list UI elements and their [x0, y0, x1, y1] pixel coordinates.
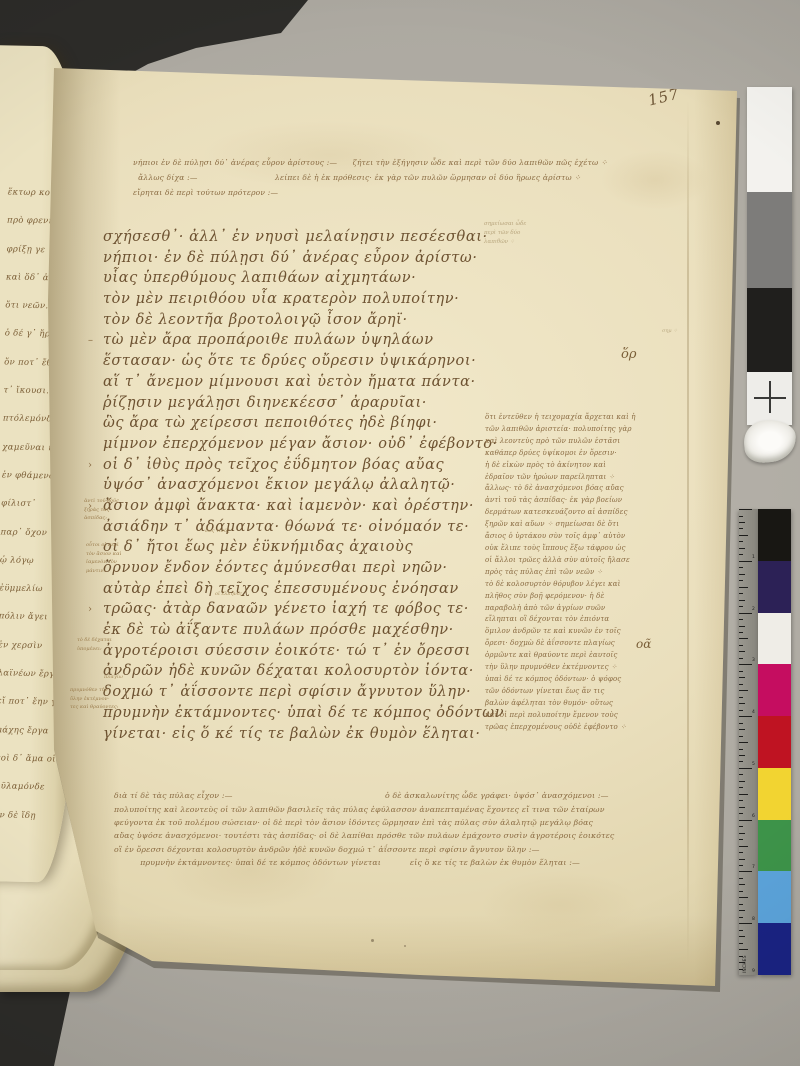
scholia-bottom-block: διὰ τί δὲ τὰς πύλας εἶχον :— ὁ δὲ ἀσκαλω…: [114, 749, 659, 870]
margin-gloss-4: πρυμνόθεν τὴν ὕλην ἐκτέμνον- τες καὶ θρα…: [70, 686, 128, 712]
ruler-tick: [739, 703, 745, 704]
diple-mark: ›: [88, 460, 103, 471]
verse-line: ἕστασαν· ὡς ὅτε τε δρύες οὔρεσιν ὑψικάρη…: [88, 350, 568, 371]
scholia-right-line: ἡ δὲ εἰκὼν πρὸς τὸ ἀκίνητον καὶ: [485, 460, 647, 472]
ruler-tick: [739, 859, 745, 860]
ruler-tick: [739, 936, 745, 937]
ruler-tick: [739, 956, 743, 957]
manuscript-page: 157 νήπιοι ἐν δὲ πύλῃσι δύ᾽ ἀνέρας εὗρον…: [0, 0, 800, 1066]
verse-text: νήπιοι· ἐν δὲ πύλῃσι δύ᾽ ἀνέρας εὗρον ἀρ…: [103, 250, 478, 266]
scholia-right-block: ὅτι ἐντεῦθεν ἡ τειχομαχία ἄρχεται καὶ ἡτ…: [485, 412, 647, 733]
scholia-right-line: ἑδραῖον τῶν ἡρώων παρείληπται ⁘: [485, 472, 647, 484]
verse-text: οἱ δ᾽ ἤτοι ἕως μὲν ἐϋκνήμιδας ἀχαιοὺς: [103, 539, 413, 555]
inch-ruler: INCHES 123456789: [739, 509, 758, 975]
ruler-tick: [739, 910, 745, 911]
ruler-tick: [739, 613, 752, 614]
margin-gloss-3: τὸ δὲ δέχαται ὑπομένει:: [77, 636, 127, 653]
scholia-right-line: ἄσιος ὁ ὑρτάκου σὺν τοῖς ἀμφ᾽ αὐτὸν: [485, 531, 647, 543]
ruler-tick: [739, 729, 745, 730]
scholia-right-line: ἄλλως· τὸ δὲ ἀνασχόμενοι βόας αὔας: [485, 483, 647, 495]
ruler-tick: [739, 826, 743, 827]
verse-line: –τὼ μὲν ἄρα προπάροιθε πυλάων ὑψηλάων: [88, 329, 568, 350]
grayscale-patch-black: [747, 288, 792, 372]
ruler-tick: [739, 930, 743, 931]
facing-page-text-line: ἐν χερσὶν: [0, 640, 60, 670]
grayscale-patch-white: [747, 87, 792, 192]
ruler-number: 6: [752, 814, 755, 819]
scholia-right-line: οὐκ ἔλιπε τοὺς ἵππους ἔξω τάφρου ὡς: [485, 543, 647, 555]
margin-gloss-1: ἀντὶ τοῦ βοῦς ξηρὰς τὰς ἀσπίδας:: [84, 497, 130, 523]
verse-line: αἵ τ᾽ ἄνεμον μίμνουσι καὶ ὑετὸν ἤματα πά…: [88, 371, 568, 392]
ruler-tick: [739, 774, 743, 775]
calibration-color-strip: [758, 509, 791, 975]
verse-text: τὸν μὲν πειριθόου υἷα κρατερὸν πολυποίτη…: [103, 291, 459, 307]
ruler-number: 1: [752, 555, 755, 560]
ruler-tick: [739, 723, 743, 724]
color-patch: [758, 613, 791, 665]
marginal-sign-upper: ὅρ: [621, 347, 636, 362]
ruler-tick: [739, 658, 743, 659]
ruler-tick: [739, 865, 743, 866]
verse-text: αὐτὰρ ἐπεὶ δὴ τεῖχος ἐπεσσυμένους ἐνόησα…: [103, 581, 459, 597]
scholia-right-line: ὑπαὶ δέ τε κόμπος ὀδόντων· ὁ ψόφος: [485, 674, 647, 686]
ruler-tick: [739, 516, 743, 517]
verse-text: ὑψόσ᾽ ἀνασχόμενοι ἔκιον μεγάλῳ ἀλαλητῷ·: [103, 477, 455, 493]
scholia-right-line: καθάπερ δρύες ὑψίκομοι ἐν ὄρεσιν·: [485, 448, 647, 460]
facing-page-text-line: εἴ ποτ᾽ ἔην γε: [0, 697, 59, 727]
ruler-number: 8: [752, 917, 755, 922]
ruler-number: 5: [752, 762, 755, 767]
ruler-tick: [739, 884, 745, 885]
color-patch: [758, 768, 791, 820]
grayscale-patch-gray: [747, 192, 792, 288]
scholia-top-block: νήπιοι ἐν δὲ πύλῃσι δύ᾽ ἀνέρας εὗρον ἀρί…: [133, 112, 703, 201]
facing-page-text-line: λαϊνέων ἔργα: [0, 668, 60, 698]
ruler-tick: [739, 690, 748, 691]
ruler-tick: [739, 619, 743, 620]
verse-text: τρῶας· ἀτὰρ δαναῶν γένετο ἰαχή τε φόβος …: [103, 601, 469, 617]
verse-text: δοχμώ τ᾽ ἀΐσσοντε περὶ σφίσιν ἄγνυτον ὕλ…: [103, 684, 471, 700]
ruler-tick: [739, 606, 743, 607]
verse-text: υἷας ὑπερθύμους λαπιθάων αἰχμητάων·: [103, 270, 416, 286]
verse-text: ἀγροτέροισι σύεσσιν ἐοικότε· τώ τ᾽ ἐν ὄρ…: [103, 643, 471, 659]
ruler-tick: [739, 736, 743, 737]
ruler-tick: [739, 600, 745, 601]
ruler-number: 9: [752, 969, 755, 974]
ruler-tick: [739, 567, 743, 568]
verse-text: τὸν δὲ λεοντῆα βροτολοιγῷ ἶσον ἄρηϊ·: [103, 312, 408, 328]
scholia-top-line: εἴρηται δὲ περὶ τούτων πρότερον :—: [133, 186, 703, 201]
ruler-tick: [739, 684, 743, 685]
ink-spot: [404, 945, 406, 947]
verse-text: ὣς ἄρα τὼ χείρεσσι πεποιθότες ἠδὲ βίηφι·: [103, 415, 438, 431]
color-patch: [758, 820, 791, 872]
ruler-tick: [739, 742, 748, 743]
ruler-number: 7: [752, 865, 755, 870]
scholia-bottom-line: αὔας ὑψόσε ἀνασχόμενοι· τουτέστι τὰς ἀσπ…: [114, 829, 659, 842]
ruler-tick: [739, 528, 743, 529]
ruler-tick: [739, 716, 752, 717]
verse-text: αἵ τ᾽ ἄνεμον μίμνουσι καὶ ὑετὸν ἤματα πά…: [103, 374, 476, 390]
calibration-grayscale-strip: [747, 87, 792, 425]
ruler-tick: [739, 846, 748, 847]
scholia-bottom-line: πρυμνὴν ἐκτάμνοντες· ὑπαὶ δέ τε κόμπος ὀ…: [114, 856, 659, 869]
ruler-tick: [739, 962, 745, 963]
scholia-bottom-line: διὰ τί δὲ τὰς πύλας εἶχον :— ὁ δὲ ἀσκαλω…: [114, 789, 659, 802]
color-patch: [758, 664, 791, 716]
folio-number: 157: [646, 84, 681, 109]
color-patch: [758, 509, 791, 561]
ruler-tick: [739, 535, 748, 536]
verse-text: πρυμνὴν ἐκτάμνοντες· ὑπαὶ δέ τε κόμπος ὀ…: [103, 705, 504, 721]
scholia-right-line: οἱ ἄλλοι τρῶες ἀλλὰ σὺν αὐτοῖς ἤλασε: [485, 555, 647, 567]
manuscript-photo: { "manuscript": { "folio_number": "157",…: [0, 0, 800, 1066]
ruler-number: 3: [752, 658, 755, 663]
scholia-right-line: εἴληπται οἳ δέχονται τὸν ἐπιόντα: [485, 614, 647, 626]
scholia-right-line: ὅτι ἐντεῦθεν ἡ τειχομαχία ἄρχεται καὶ ἡ: [485, 412, 647, 424]
color-patch: [758, 871, 791, 923]
interlinear-gloss-1: ἕως τινός: [205, 528, 230, 534]
scholia-right-line: παραβολὴ ἀπὸ τῶν ἀγρίων συῶν: [485, 603, 647, 615]
ink-spot: [371, 939, 374, 942]
diple-mark: ›: [88, 604, 103, 615]
faint-margin-note: σημείωσαι ὧδε περὶ τῶν δύο λαπιθῶν ⁘: [484, 220, 526, 246]
verse-line: τὸν μὲν πειριθόου υἷα κρατερὸν πολυποίτη…: [88, 288, 568, 309]
ruler-tick: [739, 697, 743, 698]
verse-text: ἀσιάδην τ᾽ ἀδάμαντα· θόωνά τε· οἰνόμαόν …: [103, 519, 469, 535]
scholia-right-line: πρὸς τὰς πύλας ἐπὶ τῶν νεῶν ⁘: [485, 567, 647, 579]
verse-text: οἱ δ᾽ ἰθὺς πρὸς τεῖχος ἐΰδμητον βόας αὔα…: [103, 457, 444, 473]
ruler-tick: [739, 820, 752, 821]
ruler-tick: [739, 969, 743, 970]
verse-text: γίνεται· εἰς ὅ κέ τίς τε βαλὼν ἐκ θυμὸν …: [103, 726, 481, 742]
verse-line: τὸν δὲ λεοντῆα βροτολοιγῷ ἶσον ἄρηϊ·: [88, 309, 568, 330]
ruler-tick: [739, 651, 745, 652]
ruler-tick: [739, 587, 748, 588]
ruler-tick: [739, 807, 745, 808]
color-patch: [758, 716, 791, 768]
color-patch: [758, 923, 791, 975]
scholia-right-line: πλῆθος σὺν βοῇ φερόμενον· ἡ δὲ: [485, 591, 647, 603]
ruler-tick: [739, 580, 743, 581]
facing-page-text-line: ἐν δὲ ἴδῃ: [0, 810, 57, 840]
ruler-tick: [739, 768, 752, 769]
scholia-bottom-line: πολυποίτης καὶ λεοντεὺς οἱ τῶν λαπιθῶν β…: [114, 803, 659, 816]
ruler-tick: [739, 897, 748, 898]
ruler-number: 2: [752, 607, 755, 612]
scholia-right-line: ξηρῶν καὶ αὔων ⁘ σημείωσαι δὲ ὅτι: [485, 519, 647, 531]
ruler-tick: [739, 755, 745, 756]
ruler-tick: [739, 671, 743, 672]
ruler-tick: [739, 710, 743, 711]
verse-text: ὄρνυον ἔνδον ἐόντες ἀμύνεσθαι περὶ νηῶν·: [103, 560, 448, 576]
scholia-right-line: ἀντὶ τοῦ τὰς ἀσπίδας· ἐκ γὰρ βοείων: [485, 495, 647, 507]
scholia-right-line: τρῶας ἐπερχομένους οὐδὲ ἐφέβοντο ⁘: [485, 722, 647, 734]
verse-text: ἕστασαν· ὡς ὅτε τε δρύες οὔρεσιν ὑψικάρη…: [103, 353, 476, 369]
ruler-tick: [739, 871, 752, 872]
ruler-tick: [739, 852, 743, 853]
ruler-tick: [739, 554, 743, 555]
scholia-right-line: τὸ δὲ κολοσυρτὸν θόρυβον λέγει καὶ: [485, 579, 647, 591]
verse-text: ἀνδρῶν ἠδὲ κυνῶν δέχαται κολοσυρτὸν ἰόντ…: [103, 663, 474, 679]
facing-page-text-line: πόλιν ἄγει: [0, 612, 61, 642]
verse-line: νήπιοι· ἐν δὲ πύλῃσι δύ᾽ ἀνέρας εὗρον ἀρ…: [88, 247, 568, 268]
ruler-tick: [739, 781, 745, 782]
faint-margin-mark: σημ ⁘: [662, 328, 677, 334]
verse-text: ἐκ δὲ τὼ ἀΐξαντε πυλάων πρόσθε μαχέσθην·: [103, 622, 454, 638]
ruler-tick: [739, 878, 743, 879]
ruler-tick: [739, 541, 743, 542]
interlinear-gloss-2: οἱ ἕλληνες: [215, 591, 242, 597]
facing-page-text-line: ὀϋλαμόνδε: [0, 781, 57, 811]
scholia-right-line: ὅμιλον ἀνδρῶν τε καὶ κυνῶν ἐν τοῖς: [485, 626, 647, 638]
scholia-top-line: νήπιοι ἐν δὲ πύλῃσι δύ᾽ ἀνέρας εὗρον ἀρί…: [133, 156, 703, 171]
scholia-right-line: τῶν λαπιθῶν ἀριστεία· πολυποίτης γὰρ: [485, 424, 647, 436]
verse-line: υἷας ὑπερθύμους λαπιθάων αἰχμητάων·: [88, 267, 568, 288]
verse-text: μίμνον ἐπερχόμενον μέγαν ἄσιον· οὐδ᾽ ἐφέ…: [103, 436, 498, 452]
scholia-bottom-line: οἳ ἐν ὄρεσσι δέχονται κολοσυρτὸν ἀνδρῶν …: [114, 843, 659, 856]
ruler-tick: [739, 943, 743, 944]
scholia-right-line: καὶ λεοντεὺς πρὸ τῶν πυλῶν ἑστᾶσι: [485, 436, 647, 448]
ruler-tick: [739, 574, 745, 575]
ruler-tick: [739, 923, 752, 924]
ruler-tick: [739, 677, 745, 678]
scholia-right-line: καὶ οἱ περὶ πολυποίτην ἔμενον τοὺς: [485, 710, 647, 722]
ruler-tick: [739, 645, 743, 646]
scholia-right-line: βαλὼν ἀφέληται τὸν θυμόν· οὕτως: [485, 698, 647, 710]
ruler-tick: [739, 800, 743, 801]
verse-text: σχήσεσθ᾽· ἀλλ᾽ ἐν νηυσὶ μελαίνῃσιν πεσέε…: [103, 229, 488, 245]
scholia-right-line: δερμάτων κατεσκευάζοντο αἱ ἀσπίδες: [485, 507, 647, 519]
ruler-tick: [739, 749, 743, 750]
ruler-tick: [739, 593, 743, 594]
ruler-tick: [739, 522, 745, 523]
interlinear-gloss-3: πλαγίω: [104, 674, 123, 680]
vertical-crease: [687, 100, 689, 965]
ruler-label: INCHES: [742, 955, 747, 973]
ink-spot: [716, 121, 720, 125]
ruler-tick: [739, 509, 752, 510]
scholia-bottom-line: φεύγοντα ἐκ τοῦ πολέμου σώσειαν· οἱ δὲ π…: [114, 816, 659, 829]
ruler-tick: [739, 548, 745, 549]
ruler-tick: [739, 632, 743, 633]
diple-mark: –: [88, 335, 103, 346]
ruler-tick: [739, 917, 743, 918]
ruler-number: 4: [752, 710, 755, 715]
ruler-tick: [739, 794, 748, 795]
ruler-tick: [739, 839, 743, 840]
verse-text: ῥίζῃσιν μεγάλῃσι διηνεκέεσσ᾽ ἀραρυῖαι·: [103, 395, 427, 411]
crumpled-tissue: [742, 418, 797, 464]
verse-text: τὼ μὲν ἄρα προπάροιθε πυλάων ὑψηλάων: [103, 332, 434, 348]
facing-page-text-line: τοὶ δ᾽ ἅμα οἱ: [0, 753, 58, 783]
scholia-top-line: ἄλλως δίχα :— λείπει δὲ ἡ ἐκ πρόθεσις· ἐ…: [133, 171, 703, 186]
scholia-right-line: ὄρεσι· δοχμὼ δὲ ἀΐσσοντε πλαγίως: [485, 638, 647, 650]
marginal-sign-lower: οᾶ: [636, 637, 651, 651]
verse-line: ῥίζῃσιν μεγάλῃσι διηνεκέεσσ᾽ ἀραρυῖαι·: [88, 392, 568, 413]
ruler-tick: [739, 949, 748, 950]
ruler-tick: [739, 626, 745, 627]
right-edge-shading: [694, 85, 738, 990]
ruler-tick: [739, 787, 743, 788]
color-patch: [758, 561, 791, 613]
scholia-right-line: ὁρμῶντε καὶ θραύοντε περὶ ἑαυτοῖς: [485, 650, 647, 662]
facing-page-text-line: μάχης ἔργα: [0, 725, 59, 755]
ruler-tick: [739, 833, 745, 834]
ruler-tick: [739, 813, 743, 814]
ruler-tick: [739, 638, 748, 639]
registration-cross-patch: [747, 372, 792, 425]
margin-gloss-2: οὗτοι οἱ περὶ τὸν ἄσιον καὶ ἰαμενὸν τὸν …: [86, 541, 134, 575]
ruler-tick: [739, 904, 743, 905]
scholia-right-line: τῶν ὀδόντων γίνεται ἕως ἄν τις: [485, 686, 647, 698]
scholia-right-line: τὴν ὕλην πρυμνόθεν ἐκτέμνοντες ⁘: [485, 662, 647, 674]
ruler-tick: [739, 891, 743, 892]
ruler-tick: [739, 761, 743, 762]
registration-cross-icon: [769, 381, 771, 413]
verse-text: ἄσιον ἀμφὶ ἄνακτα· καὶ ἰαμενὸν· καὶ ὀρέσ…: [103, 498, 474, 514]
ruler-tick: [739, 664, 752, 665]
ruler-tick: [739, 561, 752, 562]
